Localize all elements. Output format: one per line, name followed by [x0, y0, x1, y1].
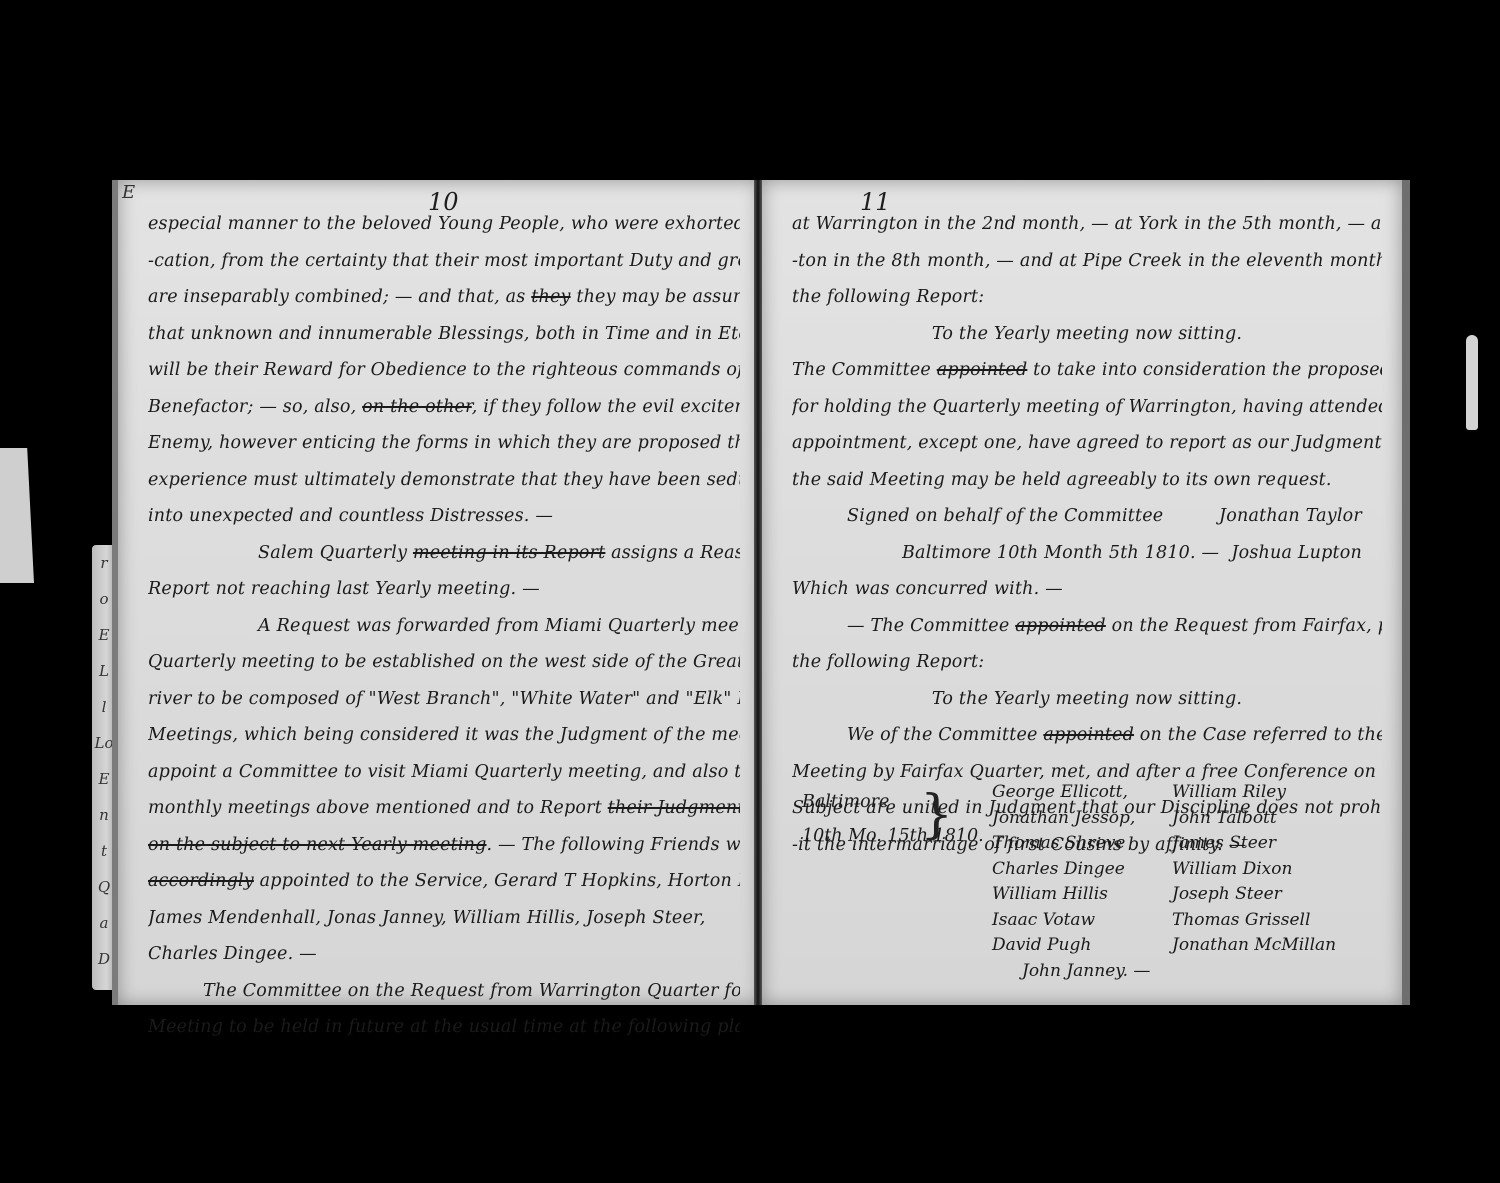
- committee-signers: George Ellicott,William RileyJonathan Je…: [992, 780, 1372, 984]
- manuscript-line: experience must ultimately demonstrate t…: [148, 462, 740, 499]
- manuscript-line: The Committee on the Request from Warrin…: [148, 973, 740, 1010]
- struck-text: appointed: [1043, 725, 1134, 745]
- signer-name: Jonathan McMillan: [1172, 933, 1352, 959]
- manuscript-line: The Committee appointed to take into con…: [792, 352, 1382, 389]
- signer-name: George Ellicott,: [992, 780, 1172, 806]
- manuscript-line: Quarterly meeting to be established on t…: [148, 644, 740, 681]
- right-page-text: at Warrington in the 2nd month, — at Yor…: [792, 206, 1382, 863]
- manuscript-line: Which was concurred with. —: [792, 571, 1382, 608]
- signer-name: Jonathan Jessop,: [992, 806, 1172, 832]
- signer-name: John Talbott: [1172, 806, 1352, 832]
- signer-name: James Steer: [1172, 831, 1352, 857]
- paper-scrap-right: [1466, 335, 1478, 430]
- manuscript-line: Salem Quarterly meeting in its Report as…: [148, 535, 740, 572]
- right-page: 11 at Warrington in the 2nd month, — at …: [762, 180, 1410, 1005]
- signer-row: Jonathan Jessop,John Talbott: [992, 806, 1372, 832]
- manuscript-line: monthly meetings above mentioned and to …: [148, 790, 740, 827]
- signer-name: Isaac Votaw: [992, 908, 1172, 934]
- signer-name: John Janney. —: [992, 959, 1202, 985]
- manuscript-line: into unexpected and countless Distresses…: [148, 498, 740, 535]
- signer-name: Thomas Shreve: [992, 831, 1172, 857]
- open-ledger-book: E 10 especial manner to the beloved Youn…: [112, 180, 1402, 1005]
- manuscript-line: especial manner to the beloved Young Peo…: [148, 206, 740, 243]
- manuscript-line: Baltimore 10th Month 5th 1810. —Joshua L…: [792, 535, 1382, 572]
- manuscript-line: at Warrington in the 2nd month, — at Yor…: [792, 206, 1382, 243]
- manuscript-line: — The Committee appointed on the Request…: [792, 608, 1382, 645]
- manuscript-line: accordingly appointed to the Service, Ge…: [148, 863, 740, 900]
- struck-text: their Judgment with: [608, 798, 740, 818]
- signer-name: David Pugh: [992, 933, 1172, 959]
- signer-name: Charles Dingee: [992, 857, 1172, 883]
- signer-name: William Hillis: [992, 882, 1172, 908]
- signer-row: John Janney. —: [992, 959, 1372, 985]
- manuscript-line: Meeting to be held in future at the usua…: [148, 1009, 740, 1046]
- manuscript-line: We of the Committee appointed on the Cas…: [792, 717, 1382, 754]
- struck-text: on the other: [362, 397, 472, 417]
- manuscript-line: the following Report:: [792, 279, 1382, 316]
- manuscript-line: Signed on behalf of the CommitteeJonatha…: [792, 498, 1382, 535]
- corner-mark: E: [122, 182, 135, 203]
- manuscript-line: Report not reaching last Yearly meeting.…: [148, 571, 740, 608]
- struck-text: they: [531, 287, 570, 307]
- signer-name: Thomas Grissell: [1172, 908, 1352, 934]
- struck-text: appointed: [1015, 616, 1106, 636]
- struck-text: accordingly: [148, 871, 254, 891]
- committee-signature: Joshua Lupton: [1231, 535, 1362, 572]
- manuscript-line: -ton in the 8th month, — and at Pipe Cre…: [792, 243, 1382, 280]
- signer-name: William Riley: [1172, 780, 1352, 806]
- date-line: Baltimore: [802, 785, 984, 819]
- signer-row: George Ellicott,William Riley: [992, 780, 1372, 806]
- manuscript-line: for holding the Quarterly meeting of War…: [792, 389, 1382, 426]
- manuscript-line: Meetings, which being considered it was …: [148, 717, 740, 754]
- report-date-block: Baltimore10th Mo. 15th 1810.: [802, 785, 984, 853]
- signer-row: Thomas ShreveJames Steer: [992, 831, 1372, 857]
- signer-name: William Dixon: [1172, 857, 1352, 883]
- manuscript-line: the said Meeting may be held agreeably t…: [792, 462, 1382, 499]
- struck-text: on the subject to next Yearly meeting: [148, 835, 487, 855]
- committee-signature: Jonathan Taylor: [1219, 498, 1362, 535]
- brace-mark: }: [920, 785, 953, 845]
- signer-name: Joseph Steer: [1172, 882, 1352, 908]
- manuscript-line: are inseparably combined; — and that, as…: [148, 279, 740, 316]
- manuscript-line: A Request was forwarded from Miami Quart…: [148, 608, 740, 645]
- manuscript-line: on the subject to next Yearly meeting. —…: [148, 827, 740, 864]
- struck-text: appointed: [937, 360, 1028, 380]
- signer-row: David PughJonathan McMillan: [992, 933, 1372, 959]
- struck-text: meeting in its Report: [413, 543, 605, 563]
- signer-row: Charles DingeeWilliam Dixon: [992, 857, 1372, 883]
- manuscript-line: -cation, from the certainty that their m…: [148, 243, 740, 280]
- manuscript-line: To the Yearly meeting now sitting.: [792, 681, 1382, 718]
- manuscript-line: Benefactor; — so, also, on the other, if…: [148, 389, 740, 426]
- manuscript-line: Charles Dingee. —: [148, 936, 740, 973]
- manuscript-line: that unknown and innumerable Blessings, …: [148, 316, 740, 353]
- manuscript-line: To the Yearly meeting now sitting.: [792, 316, 1382, 353]
- manuscript-line: appoint a Committee to visit Miami Quart…: [148, 754, 740, 791]
- paper-scrap-left: [0, 448, 34, 583]
- date-line: 10th Mo. 15th 1810.: [802, 819, 984, 853]
- manuscript-line: Enemy, however enticing the forms in whi…: [148, 425, 740, 462]
- left-page: E 10 especial manner to the beloved Youn…: [112, 180, 760, 1005]
- left-page-text: especial manner to the beloved Young Peo…: [148, 206, 740, 1046]
- book-gutter: [754, 180, 762, 1005]
- manuscript-line: the following Report:: [792, 644, 1382, 681]
- manuscript-line: will be their Reward for Obedience to th…: [148, 352, 740, 389]
- manuscript-line: James Mendenhall, Jonas Janney, William …: [148, 900, 740, 937]
- manuscript-line: river to be composed of "West Branch", "…: [148, 681, 740, 718]
- manuscript-line: appointment, except one, have agreed to …: [792, 425, 1382, 462]
- signer-row: William HillisJoseph Steer: [992, 882, 1372, 908]
- signer-row: Isaac VotawThomas Grissell: [992, 908, 1372, 934]
- signer-name: [1202, 959, 1412, 985]
